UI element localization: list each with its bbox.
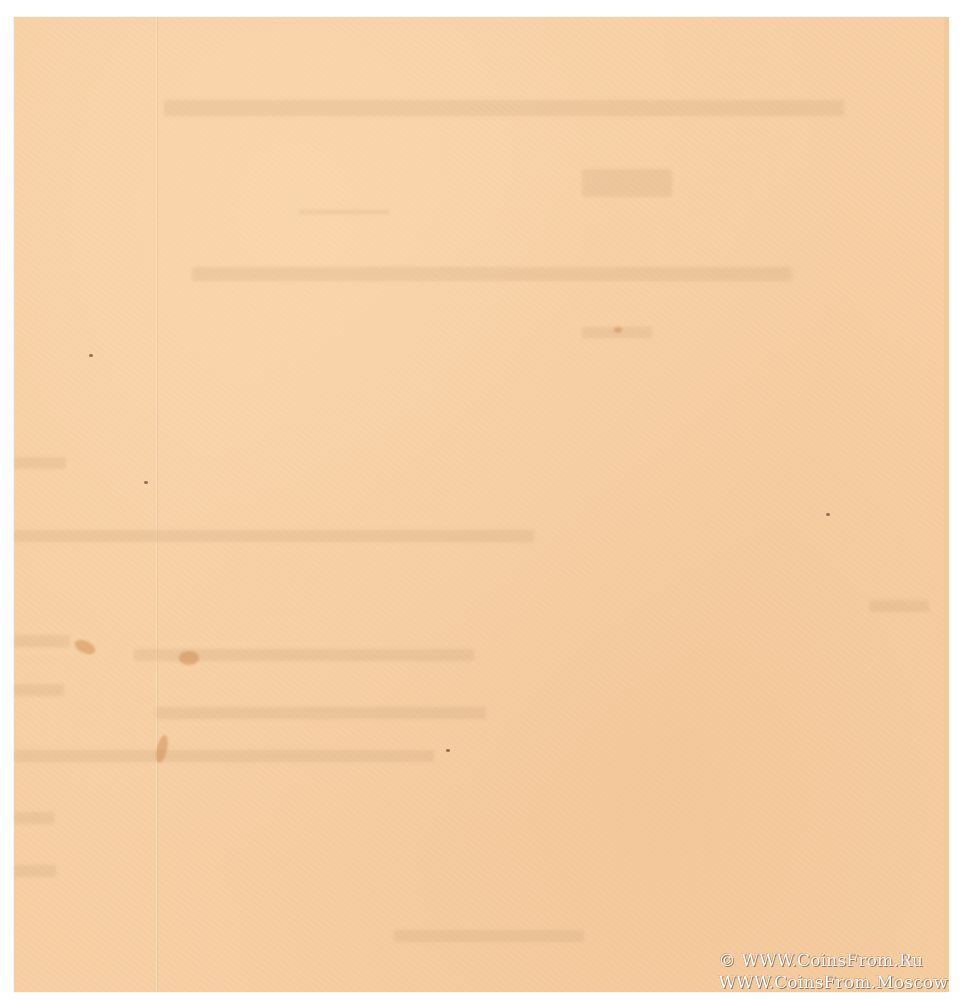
paper-speck — [446, 749, 450, 752]
paper-stain — [72, 637, 97, 657]
watermark-line-2: WWW.CoinsFrom.Moscow — [718, 972, 948, 994]
show-through-line — [14, 635, 70, 647]
show-through-line — [394, 930, 584, 942]
paper-speck — [89, 354, 93, 357]
show-through-line — [14, 530, 534, 542]
show-through-line — [164, 100, 844, 116]
show-through-line — [14, 684, 64, 696]
show-through-line — [299, 210, 389, 214]
show-through-line — [869, 600, 929, 612]
show-through-line — [14, 812, 54, 824]
paper-speck — [826, 513, 830, 516]
show-through-line — [14, 750, 434, 762]
show-through-line — [156, 707, 486, 719]
show-through-line — [582, 169, 672, 197]
fold-crease — [156, 17, 158, 992]
watermark: © WWW.CoinsFrom.Ru WWW.CoinsFrom.Moscow — [718, 950, 948, 994]
paper-stain — [179, 651, 199, 665]
paper-speck — [144, 481, 148, 484]
show-through-line — [14, 457, 66, 469]
show-through-line — [192, 267, 792, 281]
watermark-line-1: © WWW.CoinsFrom.Ru — [718, 950, 948, 972]
perforated-right-edge — [943, 17, 953, 992]
show-through-line — [14, 865, 56, 877]
document-sheet — [14, 17, 946, 992]
paper-stain — [614, 327, 622, 333]
